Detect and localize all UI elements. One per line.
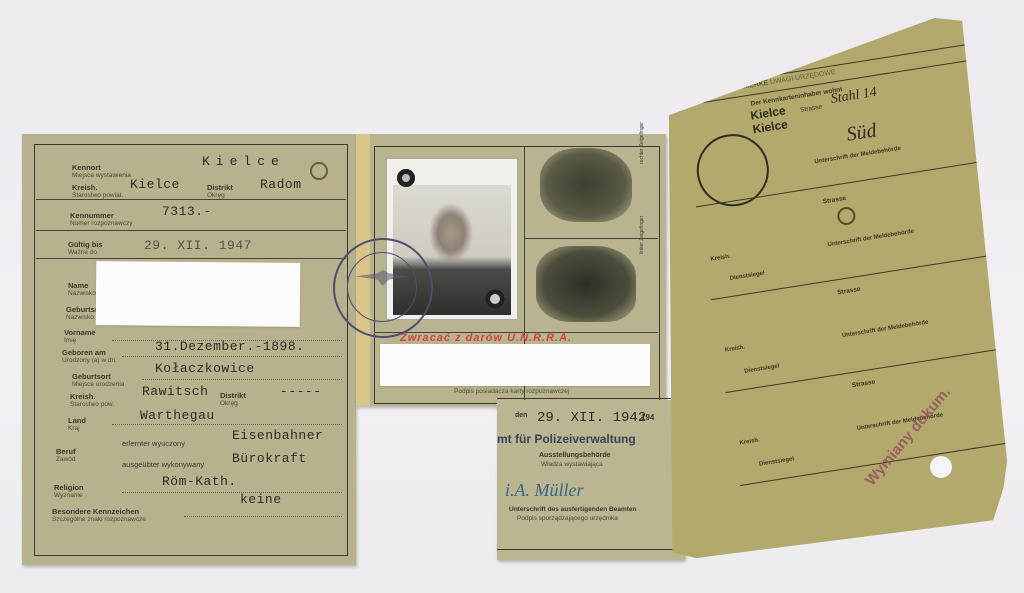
religion-value: Röm-Kath. — [162, 474, 237, 489]
resident-line: Der Kennkarteninhaber wohnt — [750, 86, 843, 107]
vorname-label: VornameImię — [64, 329, 96, 345]
ausgeuebter-value: Bürokraft — [232, 451, 307, 466]
signature-caption: Podpis posiadacza karty rozpoznawczej — [454, 388, 569, 395]
sig-caption-3: Unterschrift der Meldebehörde — [842, 320, 929, 340]
religion-label: ReligionWyznanie — [54, 484, 84, 500]
geboren-value: 31.Dezember.-1898. — [155, 339, 304, 354]
geboren-label: Geboren amUrodzony (a) w dn. — [62, 349, 117, 365]
geb-kreish-label: Kreish.Starostwo pow. — [70, 393, 114, 409]
dienstsiegel-3: Dienstsiegel — [759, 456, 795, 467]
land-value: Warthegau — [140, 408, 215, 423]
strasse-label-3: Strasse — [837, 286, 861, 297]
distrikt-value: Radom — [260, 177, 302, 192]
dienstsiegel-2: Dienstsiegel — [744, 363, 780, 374]
sig-caption-1: Unterschrift der Meldebehörde — [814, 146, 901, 166]
red-stamp: Zwracać z darów U.N.R.R.A. — [400, 332, 572, 344]
distrikt-label: DistriktOkręg — [207, 184, 233, 200]
official-caption: Unterschrift des ausfertigenden Beamten — [509, 506, 637, 513]
fingerprint-right-label: rechter Zeigefinger — [638, 122, 646, 164]
beruf-label: BerufZawód — [56, 448, 76, 464]
issue-year-print: 194 — [641, 413, 654, 422]
stain-circle — [310, 162, 328, 180]
middle-lower-tab: den 29. XII. 1942 194 mt für Polizeiverw… — [497, 400, 685, 560]
strasse-label-4: Strasse — [851, 379, 875, 390]
ausgeuebter-label: ausgeübter wykonywany — [122, 461, 204, 469]
kreish-label-4: Kreish. — [739, 437, 760, 446]
fingerprint-left-label: linker Zeigefinger — [638, 216, 646, 254]
fingerprint-right — [540, 148, 632, 222]
kennzeichen-label: Besondere KennzeichenSzczególne znaki ro… — [52, 508, 146, 524]
kreish-value: Kielce — [130, 177, 180, 192]
sig-caption-2: Unterschrift der Meldebehörde — [827, 229, 914, 249]
kennort-label: KennortMiejsce wystawienia — [72, 164, 131, 180]
gueltig-label: Gültig bisWażne do — [68, 241, 103, 257]
issue-date-prefix: den — [515, 412, 527, 419]
strasse-label-2: Strasse — [822, 195, 846, 206]
geb-distrikt-label: DistriktOkręg — [220, 392, 246, 408]
issue-date: 29. XII. 1942 — [537, 410, 646, 426]
kennort-value: Kielce — [202, 154, 285, 169]
kennummer-value: 7313.- — [162, 204, 212, 219]
redaction-signature — [380, 344, 650, 386]
kreish-label-3: Kreish. — [724, 345, 745, 354]
redaction-name — [96, 261, 301, 327]
right-page: AMTLICHE VERMERKE UWAGI URZĘDOWE Der Ken… — [662, 18, 1007, 558]
punch-hole — [930, 456, 952, 478]
kennzeichen-value: keine — [240, 492, 282, 507]
registration-stamp — [692, 129, 774, 211]
geb-distrikt-value: ----- — [280, 384, 322, 399]
strasse-label: Strasse — [800, 104, 823, 114]
land-label: LandKraj — [68, 417, 86, 433]
round-stamp — [333, 238, 433, 338]
stain-ring — [836, 206, 857, 227]
eyelet-bottom — [485, 289, 505, 309]
kennummer-label: KennummerNumer rozpoznawczy — [70, 212, 133, 228]
left-page: KennortMiejsce wystawienia Kielce Kreish… — [22, 134, 356, 565]
kreish-label: Kreish.Starostwo powiat. — [72, 184, 123, 200]
name-label: NameNazwisko — [68, 282, 96, 298]
authority-label: Ausstellungsbehörde — [539, 452, 611, 459]
official-signature: i.A. Müller — [505, 480, 584, 501]
gueltig-value: 29. XII. 1947 — [144, 238, 252, 253]
registrar-signature: Süd — [845, 119, 878, 146]
geburtsort-label: GeburtsortMiejsce urodzenia — [72, 373, 124, 389]
erlernter-label: erlernter wyuczony — [122, 440, 185, 448]
eyelet-top — [397, 169, 415, 187]
geb-kreish-value: Rawitsch — [142, 384, 208, 399]
dienstsiegel-1: Dienstsiegel — [729, 271, 765, 282]
kreish-label-2: Kreish. — [710, 254, 731, 263]
fingerprint-left — [536, 246, 636, 322]
authority-label-pl: Władza wystawiająca — [541, 461, 603, 468]
erlernter-value: Eisenbahner — [232, 428, 323, 443]
right-page-content: AMTLICHE VERMERKE UWAGI URZĘDOWE Der Ken… — [676, 32, 1024, 545]
official-caption-pl: Podpis sporządzającego urzędnika — [517, 515, 618, 522]
geburtsort-value: Kołaczkowice — [155, 361, 255, 376]
authority-stamp: mt für Polizeiverwaltung — [497, 432, 636, 446]
